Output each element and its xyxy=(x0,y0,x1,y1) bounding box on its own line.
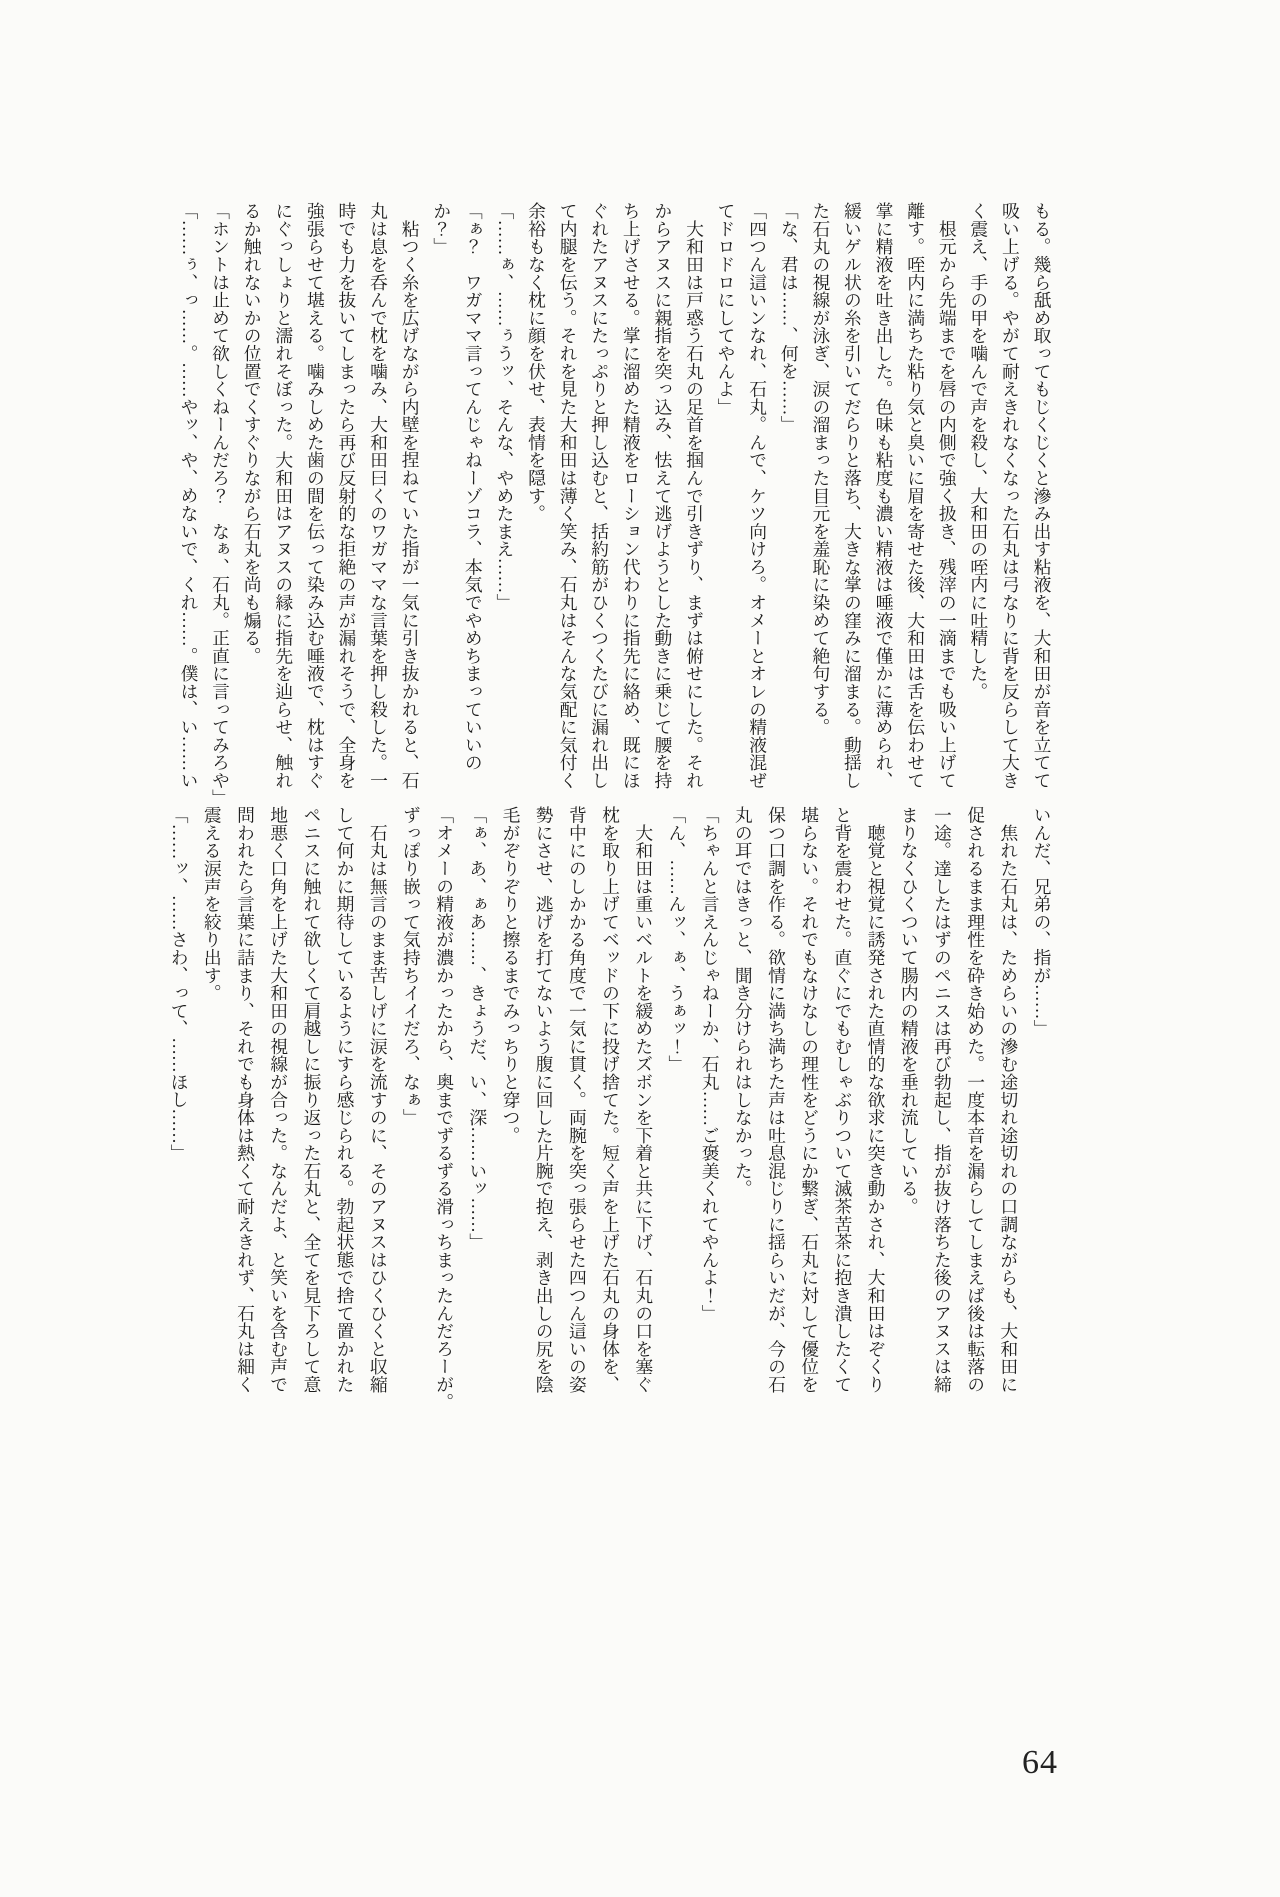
text-line: るか触れないかの位置でくすぐりながら石丸を尚も煽る。 xyxy=(229,202,261,800)
text-line: 吸い上げる。やがて耐えきれなくなった石丸は弓なりに背を反らして大き xyxy=(987,202,1019,800)
text-line: て内腿を伝う。それを見た大和田は薄く笑み、石丸はそんな気配に気付く xyxy=(545,202,577,800)
text-line: 「……ッ、……さわ、って、……ほし……」 xyxy=(154,806,187,1404)
page-number: 64 xyxy=(1022,1744,1058,1782)
text-block-top: もる。幾ら舐め取ってもじくじくと滲み出す粘液を、大和田が音を立てて吸い上げる。や… xyxy=(165,202,1050,800)
text-line: と背を震わせた。直ぐにでもむしゃぶりついて滅茶苦茶に抱き潰したくて xyxy=(818,806,851,1404)
text-line: 丸は息を呑んで枕を噛み、大和田曰くのワガママな言葉を押し殺した。一 xyxy=(355,202,387,800)
text-line: 根元から先端までを唇の内側で強く扱き、残滓の一滴までも吸い上げて xyxy=(924,202,956,800)
text-line: 「四つん這いンなれ、石丸。んで、ケツ向けろ。オメーとオレの精液混ぜ xyxy=(734,202,766,800)
text-line: ち上げさせる。掌に溜めた精液をローション代わりに指先に絡め、既にほ xyxy=(608,202,640,800)
text-line: てドロドロにしてやんよ」 xyxy=(702,202,734,800)
text-line: もる。幾ら舐め取ってもじくじくと滲み出す粘液を、大和田が音を立てて xyxy=(1018,202,1050,800)
text-line: た石丸の視線が泳ぎ、涙の溜まった目元を羞恥に染めて絶句する。 xyxy=(797,202,829,800)
text-line: 焦れた石丸は、ためらいの滲む途切れ途切れの口調ながらも、大和田に xyxy=(984,806,1017,1404)
text-line: 枕を取り上げてベッドの下に投げ捨てた。短く声を上げた石丸の身体を、 xyxy=(585,806,618,1404)
text-line: 粘つく糸を広げながら内壁を捏ねていた指が一気に引き抜かれると、石 xyxy=(387,202,419,800)
text-line: いんだ、兄弟の、指が……」 xyxy=(1017,806,1050,1404)
text-line: ぐれたアヌスにたっぷりと押し込むと、括約筋がひくつくたびに漏れ出し xyxy=(576,202,608,800)
text-line: ずっぽり嵌って気持ちイイだろ、なぁ」 xyxy=(386,806,419,1404)
text-line: 大和田は戸惑う石丸の足首を掴んで引きずり、まずは俯せにした。それ xyxy=(671,202,703,800)
text-line: 保つ口調を作る。欲情に満ち満ちた声は吐息混じりに揺らいだが、今の石 xyxy=(751,806,784,1404)
text-line: 時でも力を抜いてしまったら再び反射的な拒絶の声が漏れそうで、全身を xyxy=(323,202,355,800)
text-line: 毛がぞりぞりと擦るまでみっちりと穿つ。 xyxy=(486,806,519,1404)
text-line: 「ちゃんと言えんじゃねーか、石丸……ご褒美くれてやんよ！」 xyxy=(685,806,718,1404)
text-line: ペニスに触れて欲しくて肩越しに振り返った石丸と、全てを見下ろして意 xyxy=(287,806,320,1404)
text-line: 「ホントは止めて欲しくねーんだろ？ なぁ、石丸。正直に言ってみろや」 xyxy=(197,202,229,800)
text-line: 聴覚と視覚に誘発された直情的な欲求に突き動かされ、大和田はぞくり xyxy=(851,806,884,1404)
text-line: 地悪く口角を上げた大和田の視線が合った。なんだよ、と笑いを含む声で xyxy=(254,806,287,1404)
text-line: 石丸は無言のまま苦しげに涙を流すのに、そのアヌスはひくひくと収縮 xyxy=(353,806,386,1404)
text-line: 「ぁ？ ワガママ言ってんじゃねーゾコラ、本気でやめちまっていいの xyxy=(450,202,482,800)
text-line: 強張らせて堪える。噛みしめた歯の間を伝って染み込む唾液で、枕はすぐ xyxy=(292,202,324,800)
text-line: 「な、君は……、何を……」 xyxy=(766,202,798,800)
text-line: からアヌスに親指を突っ込み、怯えて逃げようとした動きに乗じて腰を持 xyxy=(639,202,671,800)
text-line: して何かに期待しているようにすら感じられる。勃起状態で捨て置かれた xyxy=(320,806,353,1404)
text-line: 「オメーの精液が濃かったから、奥までずるずる滑っちまったんだろーが。 xyxy=(419,806,452,1404)
novel-page: もる。幾ら舐め取ってもじくじくと滲み出す粘液を、大和田が音を立てて吸い上げる。や… xyxy=(0,0,1280,1897)
text-line: 促されるまま理性を砕き始めた。一度本音を漏らしてしまえば後は転落の xyxy=(950,806,983,1404)
text-line: 離す。咥内に満ちた粘り気と臭いに眉を寄せた後、大和田は舌を伝わせて xyxy=(892,202,924,800)
text-line: 「ぁ、あ、ぁあ……、きょうだ、い、深……いッ……」 xyxy=(453,806,486,1404)
text-line: 堪らない。それでもなけなしの理性をどうにか繋ぎ、石丸に対して優位を xyxy=(785,806,818,1404)
text-line: 掌に精液を吐き出した。色味も粘度も濃い精液は唾液で僅かに薄められ、 xyxy=(860,202,892,800)
text-line: く震え、手の甲を噛んで声を殺し、大和田の咥内に吐精した。 xyxy=(955,202,987,800)
text-line: か？」 xyxy=(418,202,450,800)
text-line: 「……ぅ、っ……。……やッ、や、めないで、くれ……。僕は、い……い xyxy=(165,202,197,800)
text-line: 余裕もなく枕に顔を伏せ、表情を隠す。 xyxy=(513,202,545,800)
text-line: 大和田は重いベルトを緩めたズボンを下着と共に下げ、石丸の口を塞ぐ xyxy=(619,806,652,1404)
text-line: 一途。達したはずのペニスは再び勃起し、指が抜け落ちた後のアヌスは締 xyxy=(917,806,950,1404)
text-line: 背中にのしかかる角度で一気に貫く。両腕を突っ張らせた四つん這いの姿 xyxy=(552,806,585,1404)
text-line: 問われたら言葉に詰まり、それでも身体は熱くて耐えきれず、石丸は細く xyxy=(220,806,253,1404)
text-line: 震える涙声を絞り出す。 xyxy=(187,806,220,1404)
text-line: にぐっしょりと濡れそぼった。大和田はアヌスの縁に指先を辿らせ、触れ xyxy=(260,202,292,800)
text-line: 丸の耳ではきっと、聞き分けられはしなかった。 xyxy=(718,806,751,1404)
text-line: まりなくひくついて腸内の精液を垂れ流している。 xyxy=(884,806,917,1404)
text-block-bottom: いんだ、兄弟の、指が……」 焦れた石丸は、ためらいの滲む途切れ途切れの口調ながら… xyxy=(154,806,1050,1404)
text-line: 「ん、……んッ、ぁ、うぁッ！」 xyxy=(652,806,685,1404)
text-line: 「……ぁ、……ぅうッ、そんな、やめたまえ……」 xyxy=(481,202,513,800)
text-line: 緩いゲル状の糸を引いてだらりと落ち、大きな掌の窪みに溜まる。動揺し xyxy=(829,202,861,800)
text-line: 勢にさせ、逃げを打てないよう腹に回した片腕で抱え、剥き出しの尻を陰 xyxy=(519,806,552,1404)
